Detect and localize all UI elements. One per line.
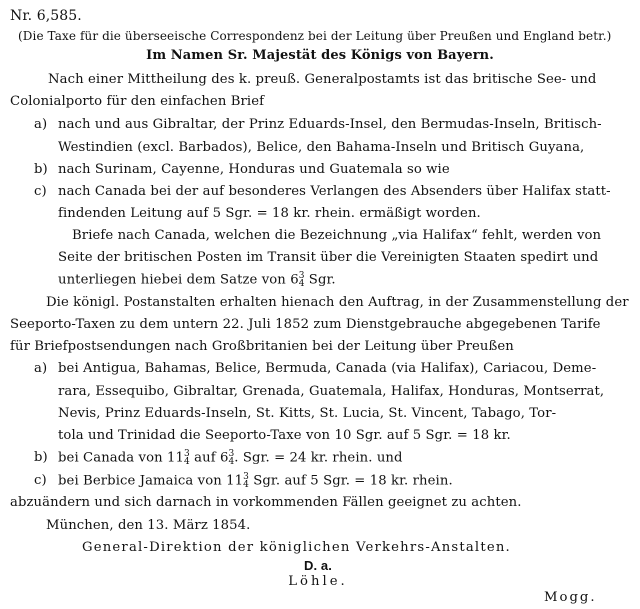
list2-a-line-4: tola und Trinidad die Seeporto-Taxe von … <box>58 428 511 444</box>
signature-name: Löhle. <box>0 574 638 590</box>
list1-c-marker: c) <box>34 184 47 200</box>
para2-line-2: Seite der britischen Posten im Transit ü… <box>58 250 598 266</box>
list1-a-marker: a) <box>34 117 47 133</box>
list1-b-line-1: nach Surinam, Cayenne, Honduras und Guat… <box>58 162 450 178</box>
issuing-authority: General-Direktion der königlichen Verkeh… <box>82 540 511 556</box>
list1-a-line-1: nach und aus Gibraltar, der Prinz Eduard… <box>58 117 602 133</box>
list2-a-line-1: bei Antigua, Bahamas, Belice, Bermuda, C… <box>58 361 596 377</box>
place-date: München, den 13. März 1854. <box>46 518 250 534</box>
list1-a-line-2: Westindien (excl. Barbados), Belice, den… <box>58 140 584 156</box>
invocation-heading: Im Namen Sr. Majestät des Königs von Bay… <box>0 48 640 64</box>
intro-line-1: Nach einer Mittheilung des k. preuß. Gen… <box>48 72 604 88</box>
list2-a-line-2: rara, Essequibo, Gibraltar, Grenada, Gua… <box>58 384 604 400</box>
para3-line-2: Seeporto-Taxen zu dem untern 22. Juli 18… <box>10 317 601 333</box>
list1-c-line-1: nach Canada bei der auf besonderes Verla… <box>58 184 611 200</box>
list2-c-line: bei Berbice Jamaica von 1134 Sgr. auf 5 … <box>58 473 453 490</box>
list1-b-marker: b) <box>34 162 48 178</box>
list2-b-marker: b) <box>34 450 48 466</box>
para2-line-1: Briefe nach Canada, welchen die Bezeichn… <box>72 228 601 244</box>
document-page: Nr. 6,585. (Die Taxe für die überseeisch… <box>0 0 640 609</box>
para2-line-3: unterliegen hiebei dem Satze von 634 Sgr… <box>58 272 336 289</box>
signature-da: D. a. <box>0 558 638 574</box>
list2-a-line-3: Nevis, Prinz Eduards-Inseln, St. Kitts, … <box>58 406 556 422</box>
countersignature: Mogg. <box>544 590 597 606</box>
list2-c-marker: c) <box>34 473 47 489</box>
list1-c-line-2: findenden Leitung auf 5 Sgr. = 18 kr. rh… <box>58 206 481 222</box>
list2-a-marker: a) <box>34 361 47 377</box>
list2-b-line: bei Canada von 1134 auf 634. Sgr. = 24 k… <box>58 450 403 467</box>
closing-line: abzuändern und sich darnach in vorkommen… <box>10 495 522 511</box>
document-number: Nr. 6,585. <box>10 8 82 24</box>
document-subject: (Die Taxe für die überseeische Correspon… <box>18 28 611 44</box>
para3-line-1: Die königl. Postanstalten erhalten hiena… <box>46 295 629 311</box>
para3-line-3: für Briefpostsendungen nach Großbritanie… <box>10 339 514 355</box>
intro-line-2: Colonialporto für den einfachen Brief <box>10 94 264 110</box>
